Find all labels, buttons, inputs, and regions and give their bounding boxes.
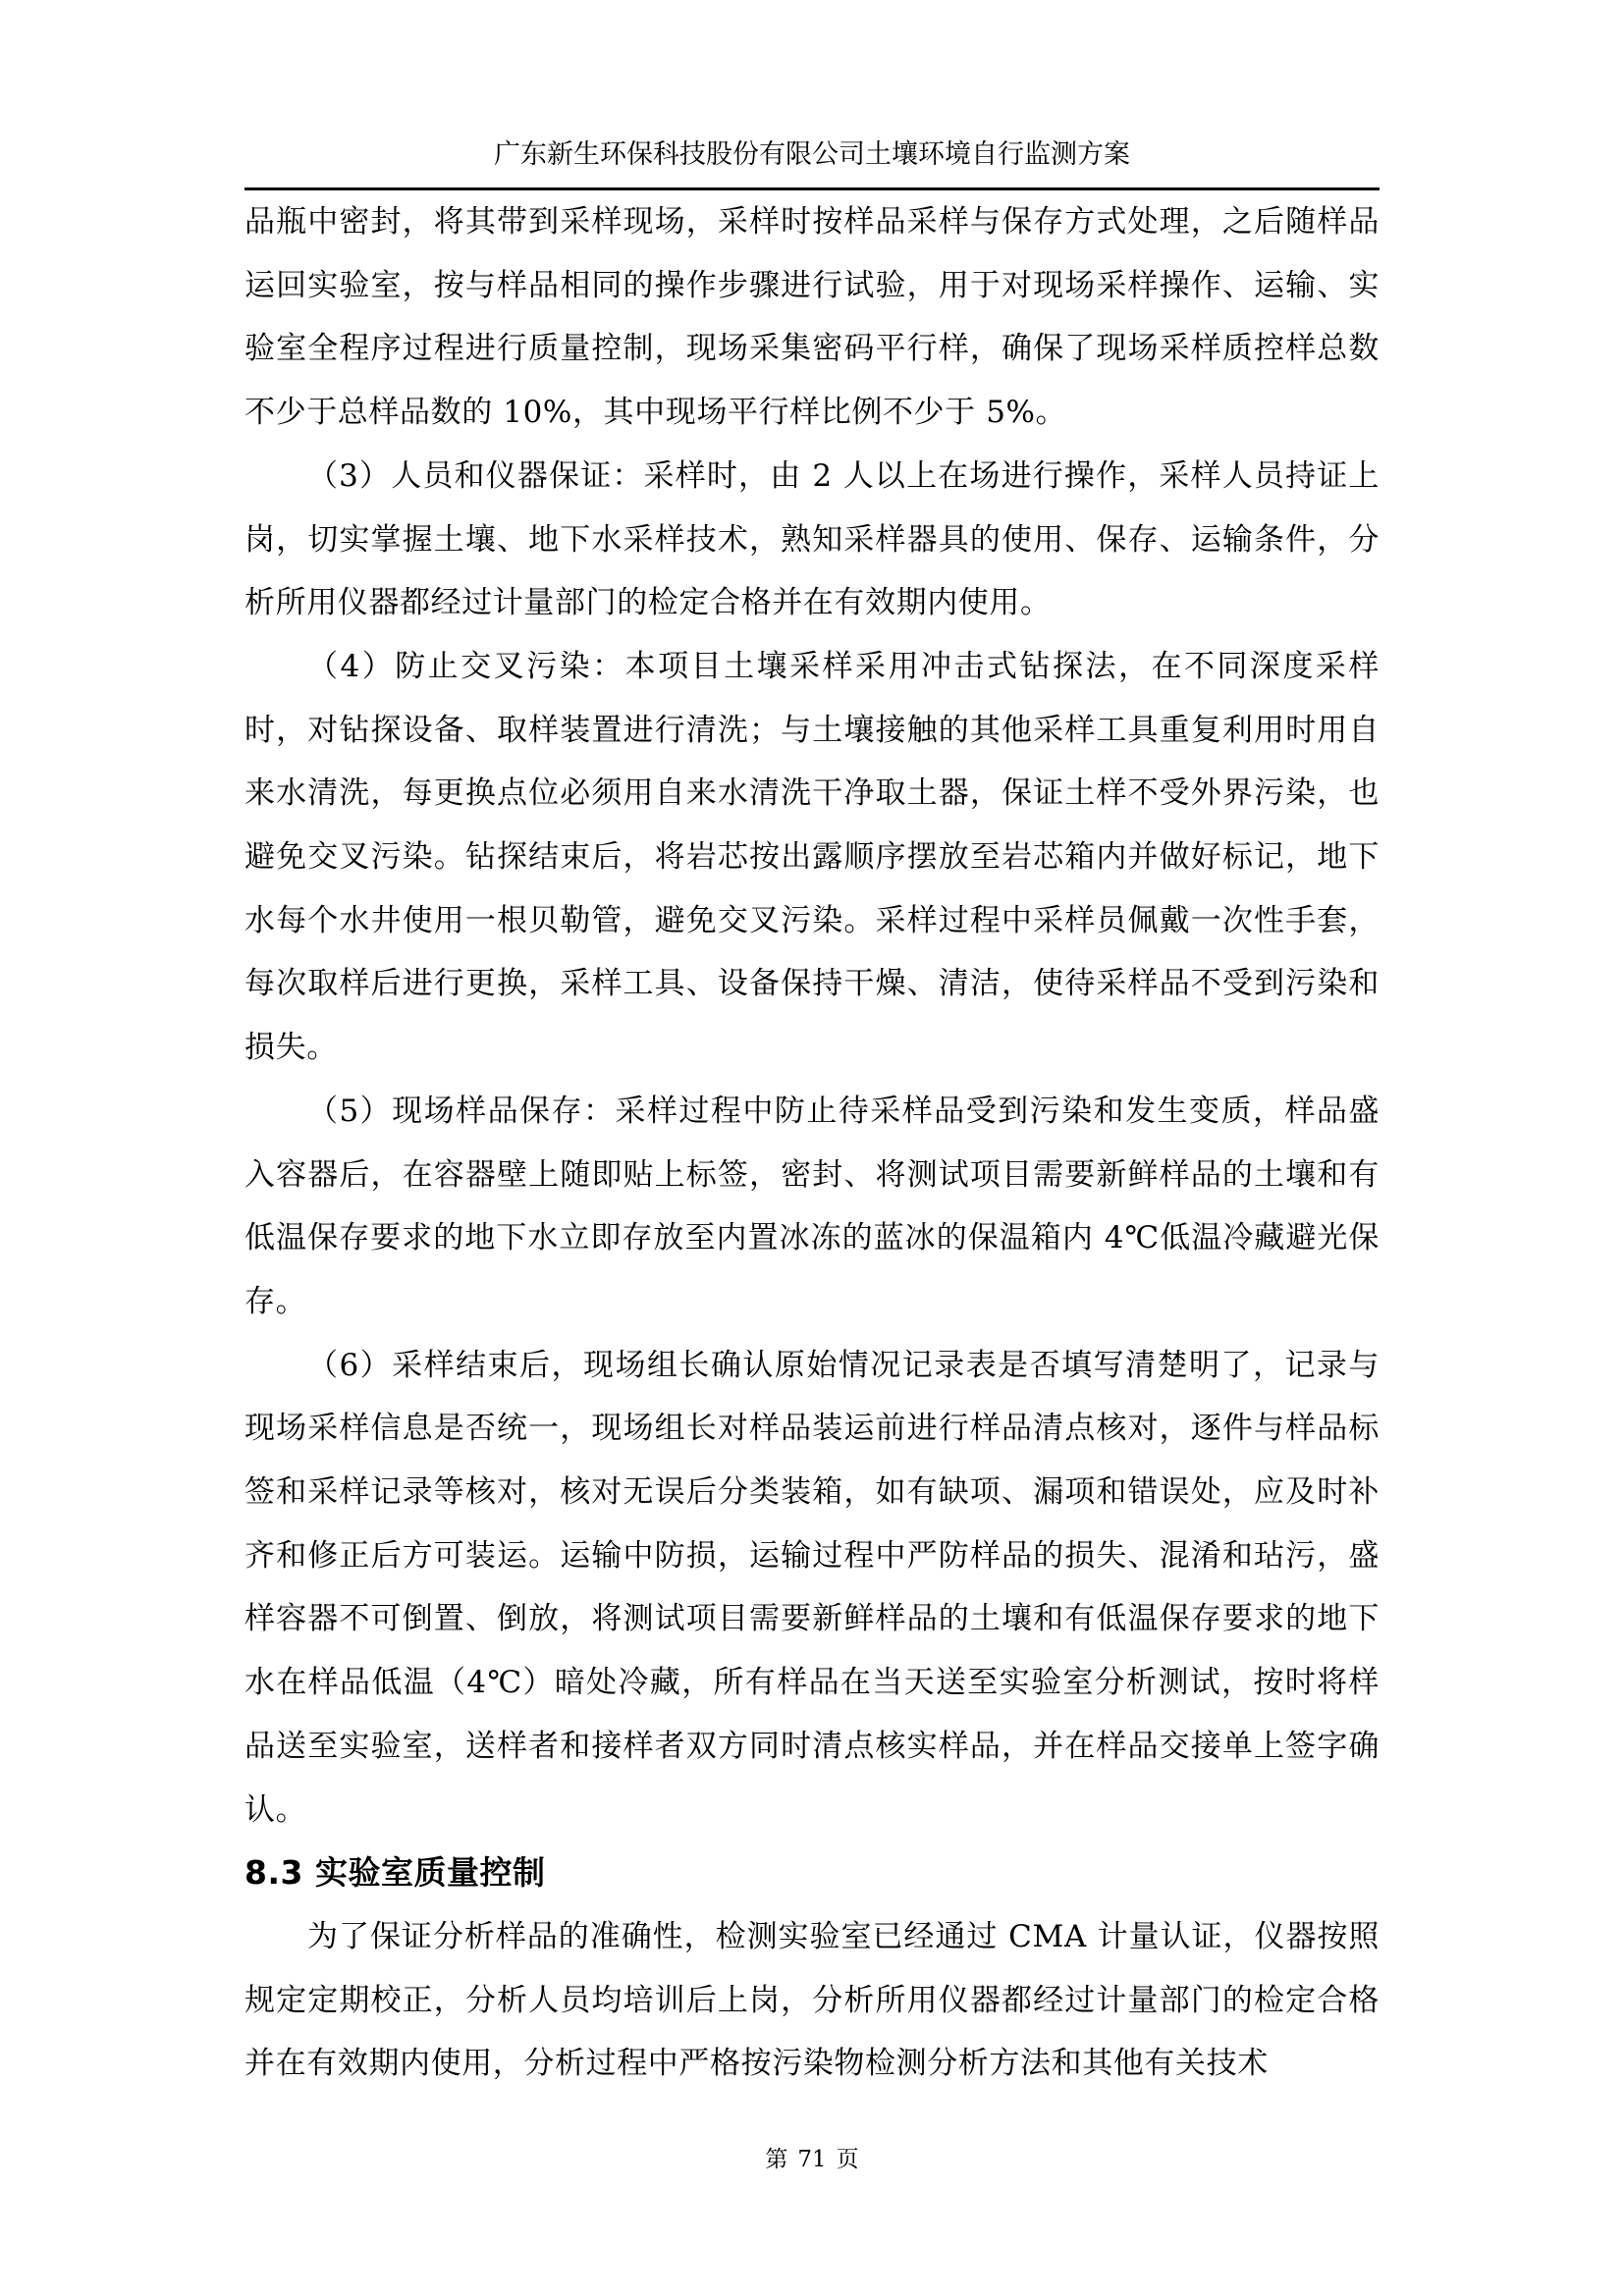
paragraph-cross-contamination: （4）防止交叉污染：本项目土壤采样采用冲击式钻探法，在不同深度采样时，对钻探设备… [244,635,1380,1080]
document-body: 品瓶中密封，将其带到采样现场，采样时按样品采样与保存方式处理，之后随样品运回实验… [244,190,1380,2096]
page-footer: 第71页 [244,2142,1380,2177]
page-label-suffix: 页 [837,2142,859,2177]
paragraph-sample-storage: （5）现场样品保存：采样过程中防止待采样品受到污染和发生变质，样品盛入容器后，在… [244,1080,1380,1334]
page-label-prefix: 第 [765,2142,787,2177]
section-heading-lab-quality-control: 8.3 实验室质量控制 [244,1842,1380,1905]
paragraph-post-sampling: （6）采样结束后，现场组长确认原始情况记录表是否填写清楚明了，记录与现场采样信息… [244,1334,1380,1842]
paragraph-lab-quality-control: 为了保证分析样品的准确性，检测实验室已经通过 CMA 计量认证，仪器按照规定定期… [244,1905,1380,2096]
page-header-title: 广东新生环保科技股份有限公司土壤环境自行监测方案 [244,135,1380,175]
paragraph-continuation: 品瓶中密封，将其带到采样现场，采样时按样品采样与保存方式处理，之后随样品运回实验… [244,190,1380,445]
page-number: 71 [797,2142,826,2177]
paragraph-personnel-instruments: （3）人员和仪器保证：采样时，由 2 人以上在场进行操作，采样人员持证上岗，切实… [244,445,1380,635]
